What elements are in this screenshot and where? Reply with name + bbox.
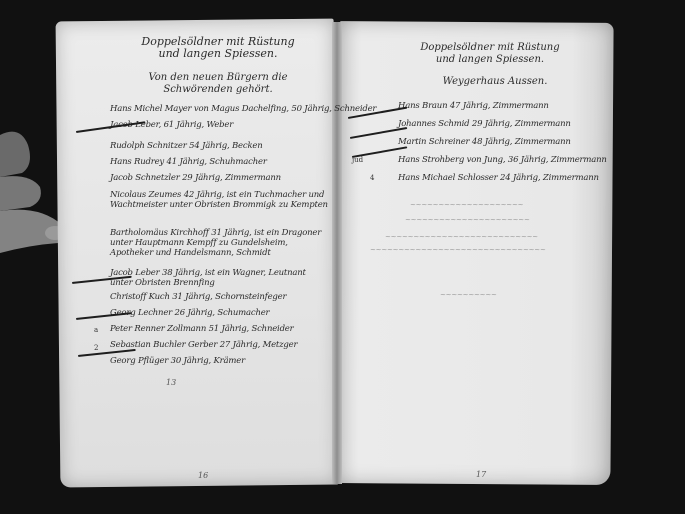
left-entry-5: Jacob Schnetzler 29 Jährig, Zimmermann: [110, 173, 281, 183]
left-entry-9: Christoff Kuch 31 Jährig, Schornsteinfeg…: [110, 292, 286, 302]
book-gutter: [332, 22, 342, 484]
left-subheading: Von den neuen Bürgern die Schwörenden ge…: [118, 72, 318, 96]
left-heading: Doppelsöldner mit Rüstung und langen Spi…: [118, 36, 318, 60]
right-entry-5: Hans Michael Schlosser 24 Jährig, Zimmer…: [398, 173, 599, 183]
bleedthrough-line: ~~~~~~~~~~~~~~~~~~~~~~~~~~~~~~~: [370, 245, 546, 255]
bleedthrough-line: ~~~~~~~~~~~~~~~~~~~~: [410, 200, 523, 210]
left-entry-13: Georg Pflüger 30 Jährig, Krämer: [110, 356, 245, 366]
right-entry-3: Martin Schreiner 48 Jährig, Zimmermann: [398, 137, 571, 147]
left-entry-3: Rudolph Schnitzer 54 Jährig, Becken: [110, 141, 263, 151]
right-page-number: 17: [476, 470, 486, 479]
left-margin-mark-1: a: [94, 326, 98, 334]
right-heading: Doppelsöldner mit Rüstung und langen Spi…: [400, 42, 580, 66]
left-page-number: 16: [198, 471, 208, 480]
left-entry-12: Sebastian Buchler Gerber 27 Jährig, Metz…: [110, 340, 297, 350]
left-entry-8: Jacob Leber 38 Jährig, ist ein Wagner, L…: [110, 268, 330, 288]
left-subheading-line-1: Von den neuen Bürgern die: [118, 72, 318, 84]
right-entry-1: Hans Braun 47 Jährig, Zimmermann: [398, 101, 549, 111]
left-subheading-line-2: Schwörenden gehört.: [118, 84, 318, 96]
right-heading-line-2: und langen Spiessen.: [400, 54, 580, 66]
right-margin-mark-2: 4: [370, 174, 374, 182]
left-heading-line-2: und langen Spiessen.: [118, 48, 318, 60]
left-entry-1: Hans Michel Mayer von Magus Dachelfing, …: [110, 104, 376, 114]
left-entry-6: Nicolaus Zeumes 42 Jährig, ist ein Tuchm…: [110, 190, 330, 210]
left-entry-4: Hans Rudrey 41 Jährig, Schuhmacher: [110, 157, 267, 167]
right-entry-4: Hans Strohberg von Jung, 36 Jährig, Zimm…: [398, 155, 607, 165]
right-heading-line-1: Doppelsöldner mit Rüstung: [400, 42, 580, 54]
right-entry-2: Johannes Schmid 29 Jährig, Zimmermann: [398, 119, 571, 129]
left-margin-mark-2: 2: [94, 344, 98, 352]
bleedthrough-line: ~~~~~~~~~~: [440, 290, 497, 300]
left-folio-mark: 13: [166, 378, 176, 387]
left-entry-10: Georg Lechner 26 Jährig, Schumacher: [110, 308, 269, 318]
right-subheading: Weygerhaus Aussen.: [430, 76, 560, 88]
left-entry-7: Bartholomäus Kirchhoff 31 Jährig, ist ei…: [110, 228, 330, 258]
bleedthrough-line: ~~~~~~~~~~~~~~~~~~~~~~: [405, 215, 530, 225]
left-entry-11: Peter Renner Zollmann 51 Jährig, Schneid…: [110, 324, 294, 334]
bleedthrough-line: ~~~~~~~~~~~~~~~~~~~~~~~~~~~: [385, 232, 538, 242]
